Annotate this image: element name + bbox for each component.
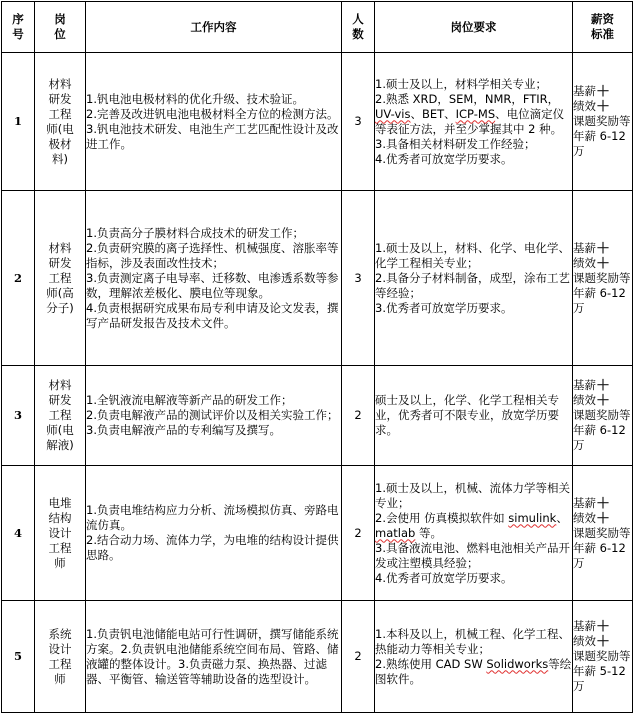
- row-index: 4: [2, 466, 35, 601]
- row-count: 2: [342, 366, 375, 466]
- row-position: 材料 研发 工程 师(电 解液): [35, 366, 86, 466]
- spellcheck-word: matlab: [375, 526, 415, 540]
- plus-icon: ＋: [596, 99, 610, 115]
- row-index: 1: [2, 53, 35, 191]
- row-requirements: 1.硕士及以上，材料学相关专业； 2.熟悉 XRD，SEM，NMR，FTIR，U…: [375, 53, 573, 191]
- spellcheck-word: ICP-MS: [456, 107, 495, 121]
- table-row: 4 电堆 结构 设计 工程 师 1.负责电堆结构应力分析、流场模拟仿真、旁路电流…: [2, 466, 633, 601]
- header-row: 序 号 岗 位 工作内容 人 数 岗位要求 薪资 标准: [2, 2, 633, 53]
- row-content: 1.负责电堆结构应力分析、流场模拟仿真、旁路电流仿真。 2.结合动力场、流体力学…: [86, 466, 342, 601]
- plus-icon: ＋: [596, 84, 610, 100]
- row-position: 系统 设计 工程 师: [35, 601, 86, 713]
- row-count: 2: [342, 466, 375, 601]
- spellcheck-word: UV-vis: [375, 107, 410, 121]
- header-content: 工作内容: [86, 2, 342, 53]
- job-table: 序 号 岗 位 工作内容 人 数 岗位要求 薪资 标准 1 材料 研发 工程 师…: [1, 1, 633, 713]
- plus-icon: ＋: [596, 378, 610, 394]
- row-salary: 基薪＋ 绩效＋ 课题奖励等年薪 6-12 万: [573, 466, 633, 601]
- row-salary: 基薪＋ 绩效＋ 课题奖励等年薪 5-12 万: [573, 601, 633, 713]
- plus-icon: ＋: [596, 393, 610, 409]
- row-index: 2: [2, 191, 35, 366]
- header-index: 序 号: [2, 2, 35, 53]
- row-index: 3: [2, 366, 35, 466]
- row-salary: 基薪＋ 绩效＋ 课题奖励等年薪 6-12 万: [573, 53, 633, 191]
- header-count: 人 数: [342, 2, 375, 53]
- row-content: 1.全钒液流电解液等新产品的研发工作； 2.负责电解液产品的测试评价以及相关实验…: [86, 366, 342, 466]
- table-row: 2 材料 研发 工程 师(高 分子) 1.负责高分子膜材料合成技术的研发工作； …: [2, 191, 633, 366]
- plus-icon: ＋: [596, 496, 610, 512]
- plus-icon: ＋: [596, 256, 610, 272]
- header-requirements: 岗位要求: [375, 2, 573, 53]
- row-index: 5: [2, 601, 35, 713]
- plus-icon: ＋: [596, 619, 610, 635]
- row-count: 3: [342, 191, 375, 366]
- table-row: 1 材料 研发 工程 师(电 极材 料) 1.钒电池电极材料的优化升级、技术验证…: [2, 53, 633, 191]
- row-count: 3: [342, 53, 375, 191]
- table-row: 5 系统 设计 工程 师 1.负责钒电池储能电站可行性调研，撰写储能系统方案。2…: [2, 601, 633, 713]
- plus-icon: ＋: [596, 634, 610, 650]
- plus-icon: ＋: [596, 241, 610, 257]
- row-requirements: 硕士及以上，化学、化学工程相关专业，优秀者可不限专业，放宽学历要求。: [375, 366, 573, 466]
- header-salary: 薪资 标准: [573, 2, 633, 53]
- spellcheck-word: simulink: [508, 511, 556, 525]
- row-position: 材料 研发 工程 师(电 极材 料): [35, 53, 86, 191]
- row-content: 1.负责高分子膜材料合成技术的研发工作； 2.负责研究膜的离子选择性、机械强度、…: [86, 191, 342, 366]
- row-position: 材料 研发 工程 师(高 分子): [35, 191, 86, 366]
- plus-icon: ＋: [596, 511, 610, 527]
- row-count: 2: [342, 601, 375, 713]
- row-requirements: 1.硕士及以上，材料、化学、电化学、化学工程相关专业； 2.具备分子材料制备，成…: [375, 191, 573, 366]
- row-salary: 基薪＋ 绩效＋ 课题奖励等年薪 6-12 万: [573, 191, 633, 366]
- header-position: 岗 位: [35, 2, 86, 53]
- row-requirements: 1.硕士及以上，机械、流体力学等相关专业； 2.会使用 仿真模拟软件如 simu…: [375, 466, 573, 601]
- row-content: 1.负责钒电池储能电站可行性调研，撰写储能系统方案。2.负责钒电池储能系统空间布…: [86, 601, 342, 713]
- row-salary: 基薪＋ 绩效＋ 课题奖励等年薪 6-12 万: [573, 366, 633, 466]
- spellcheck-word: Solidworks: [486, 657, 548, 671]
- row-position: 电堆 结构 设计 工程 师: [35, 466, 86, 601]
- row-content: 1.钒电池电极材料的优化升级、技术验证。 2.完善及改进钒电池电极材料全方位的检…: [86, 53, 342, 191]
- row-requirements: 1.本科及以上，机械工程、化学工程、热能动力等相关专业； 2.熟练使用 CAD …: [375, 601, 573, 713]
- table-row: 3 材料 研发 工程 师(电 解液) 1.全钒液流电解液等新产品的研发工作； 2…: [2, 366, 633, 466]
